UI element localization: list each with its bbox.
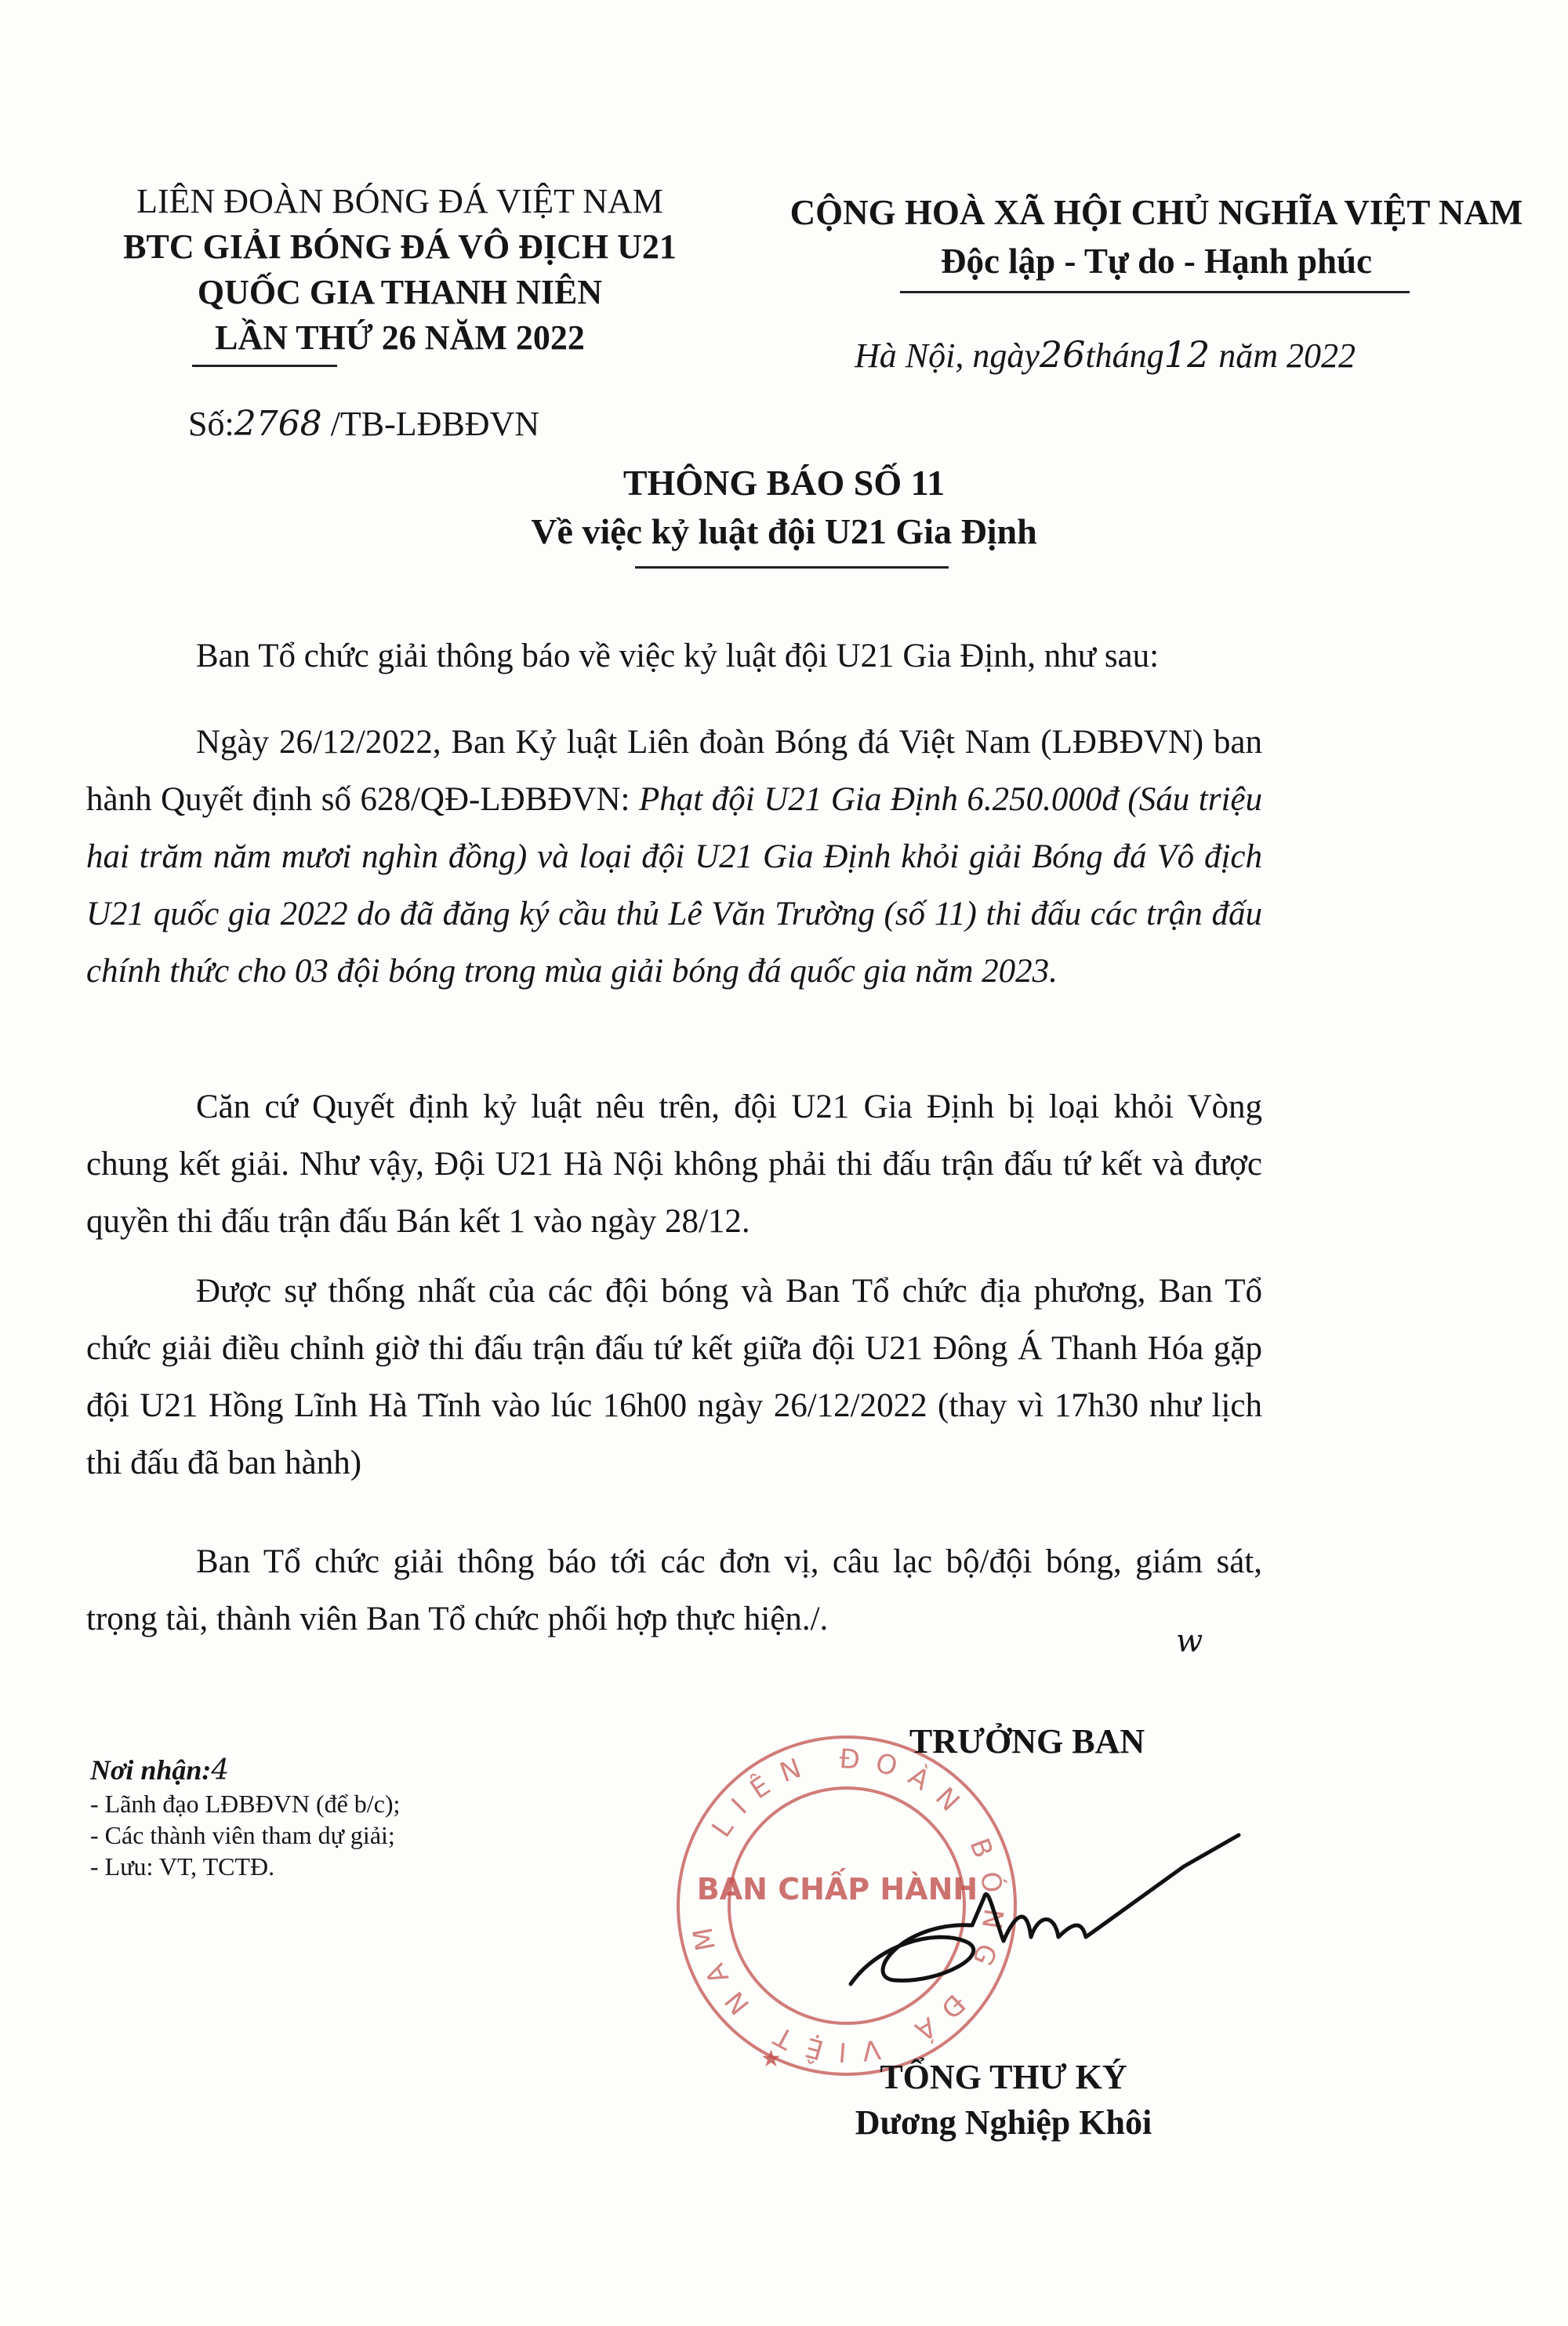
recipient-item: - Các thành viên tham dự giải;: [90, 1819, 400, 1851]
paragraph-text: Được sự thống nhất của các đội bóng và B…: [86, 1263, 1262, 1492]
signatory-name: Dương Nghiệp Khôi: [800, 2100, 1207, 2146]
title-divider: [635, 566, 949, 569]
doc-number-handwritten: 2768: [234, 404, 322, 444]
header-right: CỘNG HOÀ XÃ HỘI CHỦ NGHĨA VIỆT NAM Độc l…: [749, 188, 1564, 285]
body-paragraph-4: Được sự thống nhất của các đội bóng và B…: [86, 1263, 1262, 1492]
header-right-divider: [900, 291, 1410, 293]
date-year: năm 2022: [1218, 336, 1356, 375]
doc-number-prefix: Số:: [188, 405, 234, 443]
signatory-role: TỔNG THƯ KÝ: [800, 2055, 1207, 2100]
document-number: Số:2768 /TB-LĐBĐVN: [188, 404, 539, 444]
date-day: 26: [1040, 333, 1086, 376]
title-subject: Về việc kỷ luật đội U21 Gia Định: [235, 507, 1333, 556]
organizing-committee: BTC GIẢI BÓNG ĐÁ VÔ ĐỊCH U21: [78, 224, 721, 270]
paragraph-text: Căn cứ Quyết định kỷ luật nêu trên, đội …: [86, 1078, 1262, 1250]
recipients-title: Nơi nhận:4: [90, 1753, 400, 1788]
recipients-count-mark: 4: [211, 1754, 229, 1786]
date-month-label: tháng: [1085, 336, 1163, 375]
handwritten-initial-mark: w: [1176, 1623, 1203, 1659]
signatory-position: TRƯỞNG BAN: [808, 1721, 1247, 1761]
national-motto: Độc lập - Tự do - Hạnh phúc: [749, 237, 1564, 285]
paragraph-text: Ban Tổ chức giải thông báo tới các đơn v…: [86, 1533, 1262, 1648]
recipient-item: - Lãnh đạo LĐBĐVN (để b/c);: [90, 1788, 400, 1819]
doc-number-suffix: /TB-LĐBĐVN: [322, 405, 539, 443]
body-paragraph-2: Ngày 26/12/2022, Ban Kỷ luật Liên đoàn B…: [86, 714, 1262, 1000]
body-paragraph-3: Căn cứ Quyết định kỷ luật nêu trên, đội …: [86, 1078, 1262, 1250]
body-paragraph-1: Ban Tổ chức giải thông báo về việc kỷ lu…: [86, 627, 1262, 685]
handwritten-signature-icon: [847, 1804, 1254, 2023]
recipients-block: Nơi nhận:4 - Lãnh đạo LĐBĐVN (để b/c); -…: [90, 1753, 400, 1882]
signatory-block: TỔNG THƯ KÝ Dương Nghiệp Khôi: [800, 2055, 1207, 2146]
org-name: LIÊN ĐOÀN BÓNG ĐÁ VIỆT NAM: [78, 179, 721, 224]
header-left: LIÊN ĐOÀN BÓNG ĐÁ VIỆT NAM BTC GIẢI BÓNG…: [78, 179, 721, 361]
recipients-label: Nơi nhận:: [90, 1754, 211, 1786]
paragraph-text: Ngày 26/12/2022, Ban Kỷ luật Liên đoàn B…: [86, 714, 1262, 1000]
date-month: 12: [1164, 333, 1210, 376]
paragraph-text: Ban Tổ chức giải thông báo về việc kỷ lu…: [86, 627, 1262, 685]
document-title: THÔNG BÁO SỐ 11 Về việc kỷ luật đội U21 …: [235, 459, 1333, 556]
date-prefix: Hà Nội, ngày: [855, 336, 1040, 375]
header-left-divider: [192, 365, 337, 367]
tournament-edition: LẦN THỨ 26 NĂM 2022: [78, 315, 721, 361]
country-name: CỘNG HOÀ XÃ HỘI CHỦ NGHĨA VIỆT NAM: [749, 188, 1564, 237]
svg-text:★: ★: [760, 2046, 782, 2072]
issue-date: Hà Nội, ngày26tháng12 năm 2022: [855, 333, 1356, 376]
title-line-1: THÔNG BÁO SỐ 11: [235, 459, 1333, 507]
recipient-item: - Lưu: VT, TCTĐ.: [90, 1851, 400, 1882]
tournament-name: QUỐC GIA THANH NIÊN: [78, 270, 721, 315]
body-paragraph-5: Ban Tổ chức giải thông báo tới các đơn v…: [86, 1533, 1262, 1648]
